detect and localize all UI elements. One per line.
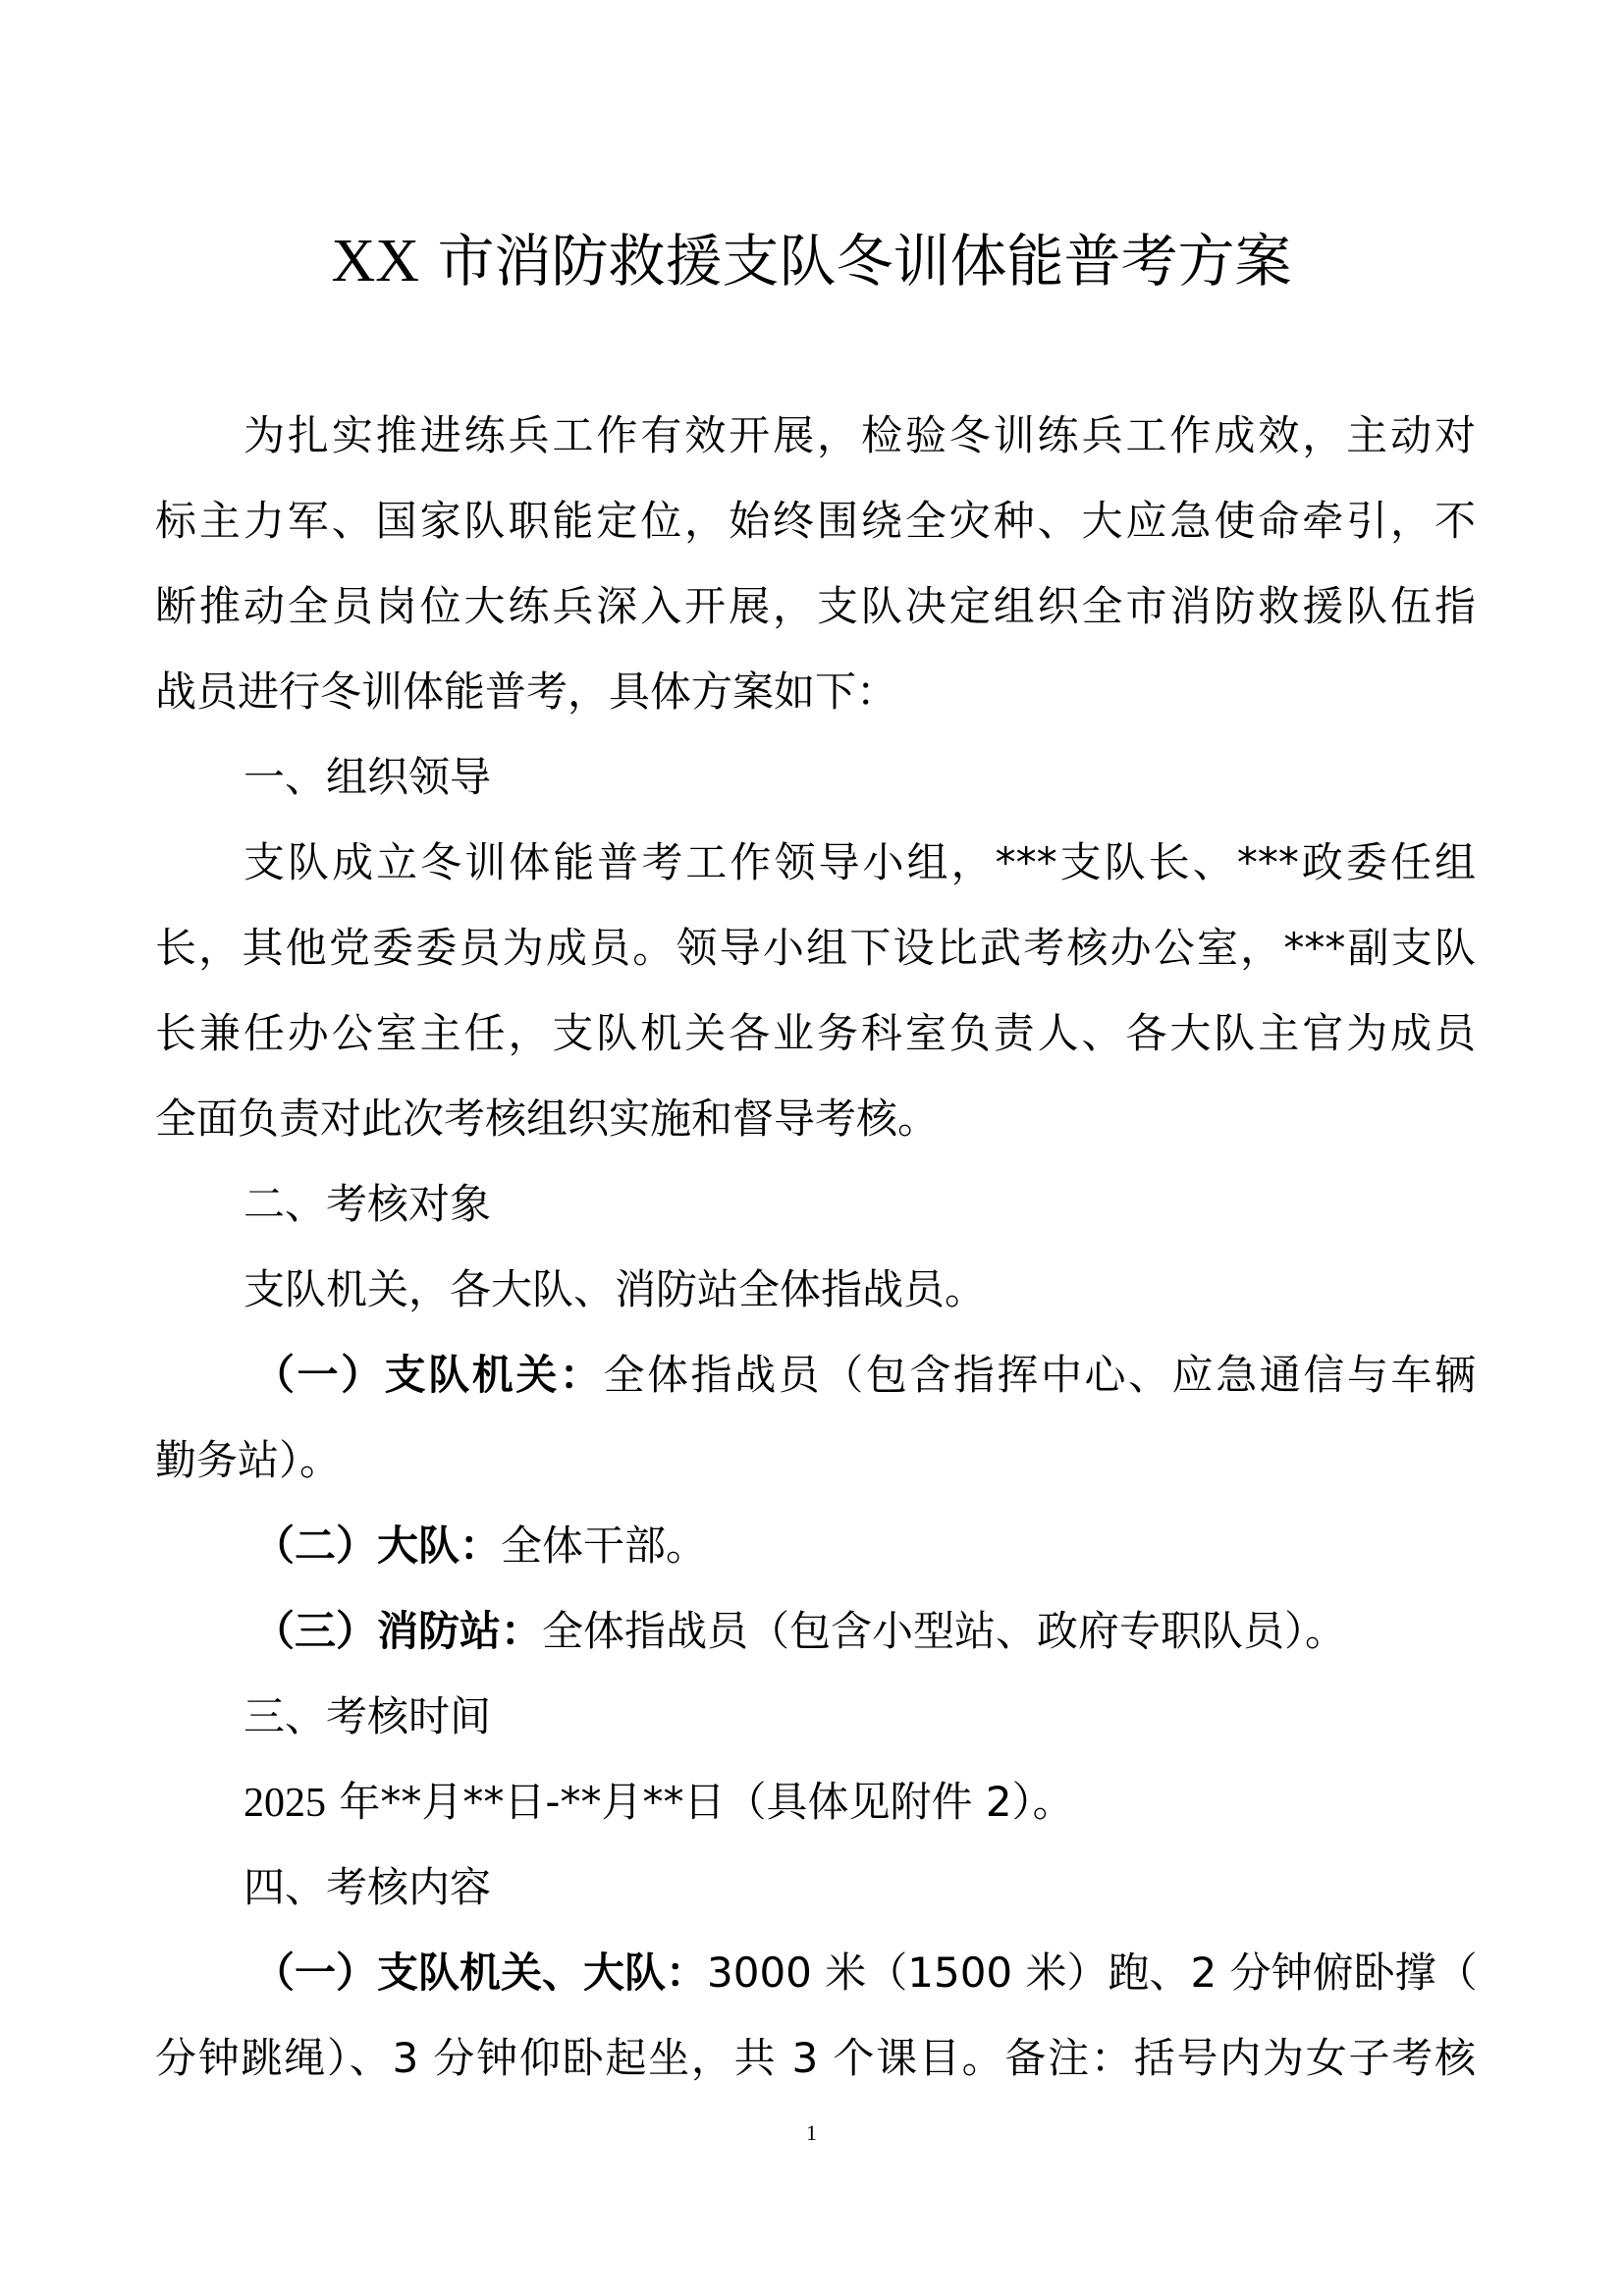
section-heading-targets: 二、考核对象 — [155, 1161, 1476, 1247]
section2-item-1-line-1: （一）支队机关：全体指战员（包含指挥中心、应急通信与车辆 — [155, 1332, 1476, 1417]
section2-item-2: （二）大队：全体干部。 — [155, 1503, 1476, 1588]
item-label-station: （三）消防站： — [253, 1607, 542, 1655]
item-text-hq: 全体指战员（包含指挥中心、应急通信与车辆 — [603, 1351, 1476, 1399]
section-heading-organization: 一、组织领导 — [155, 734, 1476, 820]
intro-line-4: 战员进行冬训体能普考，具体方案如下： — [155, 649, 1476, 734]
document-body: 为扎实推进练兵工作有效开展，检验冬训练兵工作成效，主动对 标主力军、国家队职能定… — [155, 393, 1476, 2101]
item-label-hq-brigade: （一）支队机关、大队： — [253, 1949, 707, 1997]
item-text-station: 全体指战员（包含小型站、政府专职队员）。 — [542, 1607, 1346, 1655]
item-text-brigade: 全体干部。 — [501, 1522, 707, 1570]
page-number: 1 — [0, 2120, 1623, 2146]
section-heading-content: 四、考核内容 — [155, 1844, 1476, 1930]
exam-year: 2025 — [243, 1781, 326, 1826]
intro-line-3: 断推动全员岗位大练兵深入开展，支队决定组织全市消防救援队伍指 — [155, 563, 1476, 649]
section2-item-1-line-2: 勤务站）。 — [155, 1417, 1476, 1503]
title-prefix: XX — [331, 228, 419, 294]
item-label-brigade: （二）大队： — [253, 1522, 501, 1570]
section4-item-1-line-2: 分钟跳绳）、3 分钟仰卧起坐，共 3 个课目。备注：括号内为女子考核 — [155, 2015, 1476, 2101]
title-main: 市消防救援支队冬训体能普考方案 — [419, 228, 1291, 294]
item-text-hq-brigade-1: 3000 米（1500 米）跑、2 分钟俯卧撑（1 — [707, 1949, 1476, 1997]
section1-line-4: 全面负责对此次考核组织实施和督导考核。 — [155, 1076, 1476, 1161]
section1-line-2: 长，其他党委委员为成员。领导小组下设比武考核办公室，***副支队 — [155, 905, 1476, 990]
intro-line-2: 标主力军、国家队职能定位，始终围绕全灾种、大应急使命牵引，不 — [155, 478, 1476, 563]
section-heading-time: 三、考核时间 — [155, 1674, 1476, 1759]
exam-date-range: 年**月**日-**月**日（具体见附件 2）。 — [326, 1778, 1074, 1826]
section3-time-text: 2025 年**月**日-**月**日（具体见附件 2）。 — [155, 1759, 1476, 1844]
section4-item-1-line-1: （一）支队机关、大队：3000 米（1500 米）跑、2 分钟俯卧撑（1 — [155, 1930, 1476, 2015]
item-label-hq: （一）支队机关： — [253, 1351, 603, 1399]
section2-summary: 支队机关，各大队、消防站全体指战员。 — [155, 1247, 1476, 1332]
document-title: XX 市消防救援支队冬训体能普考方案 — [0, 224, 1623, 298]
document-page: XX 市消防救援支队冬训体能普考方案 为扎实推进练兵工作有效开展，检验冬训练兵工… — [0, 0, 1623, 2296]
section2-item-3: （三）消防站：全体指战员（包含小型站、政府专职队员）。 — [155, 1588, 1476, 1674]
section1-line-3: 长兼任办公室主任，支队机关各业务科室负责人、各大队主官为成员 — [155, 990, 1476, 1076]
section1-line-1: 支队成立冬训体能普考工作领导小组，***支队长、***政委任组 — [155, 820, 1476, 905]
intro-line-1: 为扎实推进练兵工作有效开展，检验冬训练兵工作成效，主动对 — [155, 393, 1476, 478]
